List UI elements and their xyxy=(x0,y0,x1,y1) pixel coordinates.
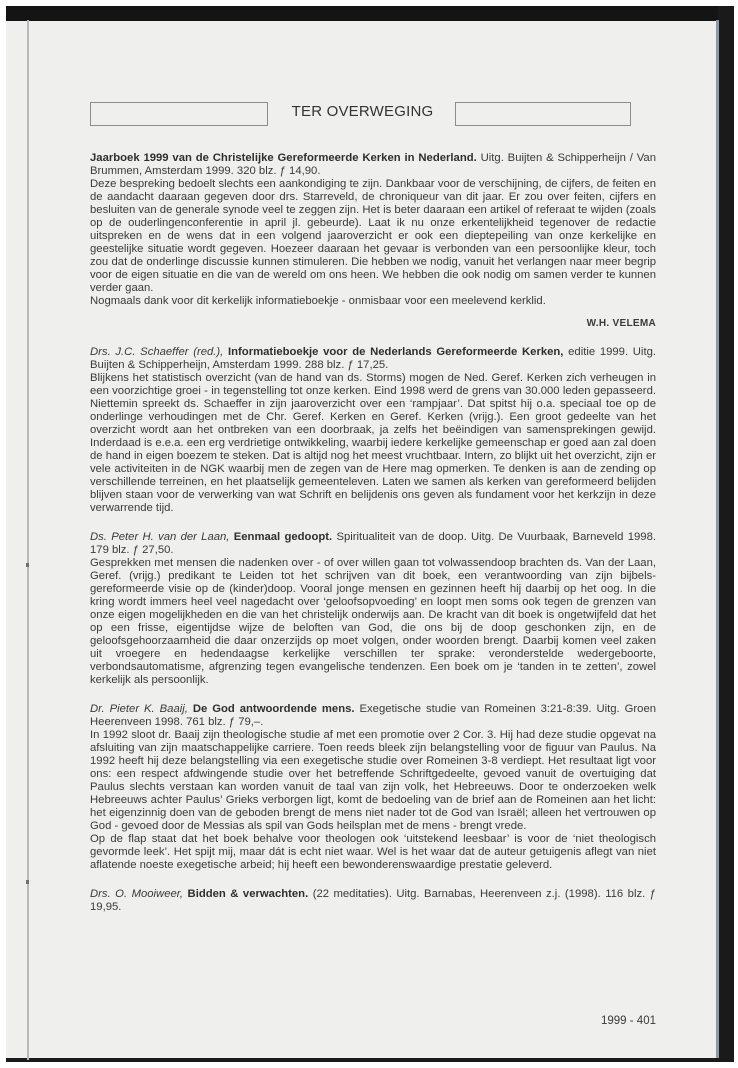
header-decor-box-left xyxy=(90,102,268,126)
book-author: Dr. Pieter K. Baaij, xyxy=(90,703,188,715)
book-review: Dr. Pieter K. Baaij, De God antwoordende… xyxy=(90,703,656,872)
review-paragraph: Op de flap staat dat het boek behalve vo… xyxy=(90,833,656,872)
book-title: Bidden & verwachten. xyxy=(183,888,308,900)
review-paragraph: In 1992 sloot dr. Baaij zijn theologisch… xyxy=(90,729,656,833)
scan-right-shadow xyxy=(716,20,719,1060)
binding-fold-line xyxy=(27,20,29,1060)
review-citation: Drs. J.C. Schaeffer (red.), Informatiebo… xyxy=(90,346,656,372)
book-review: Ds. Peter H. van der Laan, Eenmaal gedoo… xyxy=(90,531,656,687)
article-body: TER OVERWEGING Jaarboek 1999 van de Chri… xyxy=(90,100,656,927)
book-title: Jaarboek 1999 van de Christelijke Gerefo… xyxy=(90,152,477,164)
review-paragraph: Deze bespreking bedoelt slechts een aank… xyxy=(90,178,656,295)
margin-mark xyxy=(26,563,29,567)
scan-top-border xyxy=(6,6,722,21)
book-title: Informatieboekje voor de Nederlands Gere… xyxy=(223,346,563,358)
review-paragraph: Gesprekken met mensen die nadenken over … xyxy=(90,557,656,687)
review-citation: Dr. Pieter K. Baaij, De God antwoordende… xyxy=(90,703,656,729)
reviewer-signature: W.H. VELEMA xyxy=(90,317,656,330)
book-title: De God antwoordende mens. xyxy=(188,703,355,715)
review-citation: Drs. O. Mooiweer, Bidden & verwachten. (… xyxy=(90,888,656,914)
review-paragraph: Blijkens het statistisch overzicht (van … xyxy=(90,372,656,515)
margin-mark xyxy=(26,880,29,884)
book-author: Drs. J.C. Schaeffer (red.), xyxy=(90,346,223,358)
book-review: Jaarboek 1999 van de Christelijke Gerefo… xyxy=(90,152,656,330)
book-review: Drs. J.C. Schaeffer (red.), Informatiebo… xyxy=(90,346,656,515)
page-number: 1999 - 401 xyxy=(560,1015,656,1027)
scanned-page: TER OVERWEGING Jaarboek 1999 van de Chri… xyxy=(0,0,738,1068)
review-paragraph: Nogmaals dank voor dit kerkelijk informa… xyxy=(90,295,656,308)
review-citation: Ds. Peter H. van der Laan, Eenmaal gedoo… xyxy=(90,531,656,557)
book-author: Drs. O. Mooiweer, xyxy=(90,888,183,900)
review-citation: Jaarboek 1999 van de Christelijke Gerefo… xyxy=(90,152,656,178)
book-review: Drs. O. Mooiweer, Bidden & verwachten. (… xyxy=(90,888,656,914)
book-title: Eenmaal gedoopt. xyxy=(229,531,332,543)
section-title: TER OVERWEGING xyxy=(280,105,445,118)
scan-right-border xyxy=(718,6,734,1060)
section-header: TER OVERWEGING xyxy=(90,100,656,130)
book-author: Ds. Peter H. van der Laan, xyxy=(90,531,229,543)
scan-bottom-border xyxy=(6,1058,734,1062)
header-decor-box-right xyxy=(455,102,631,126)
